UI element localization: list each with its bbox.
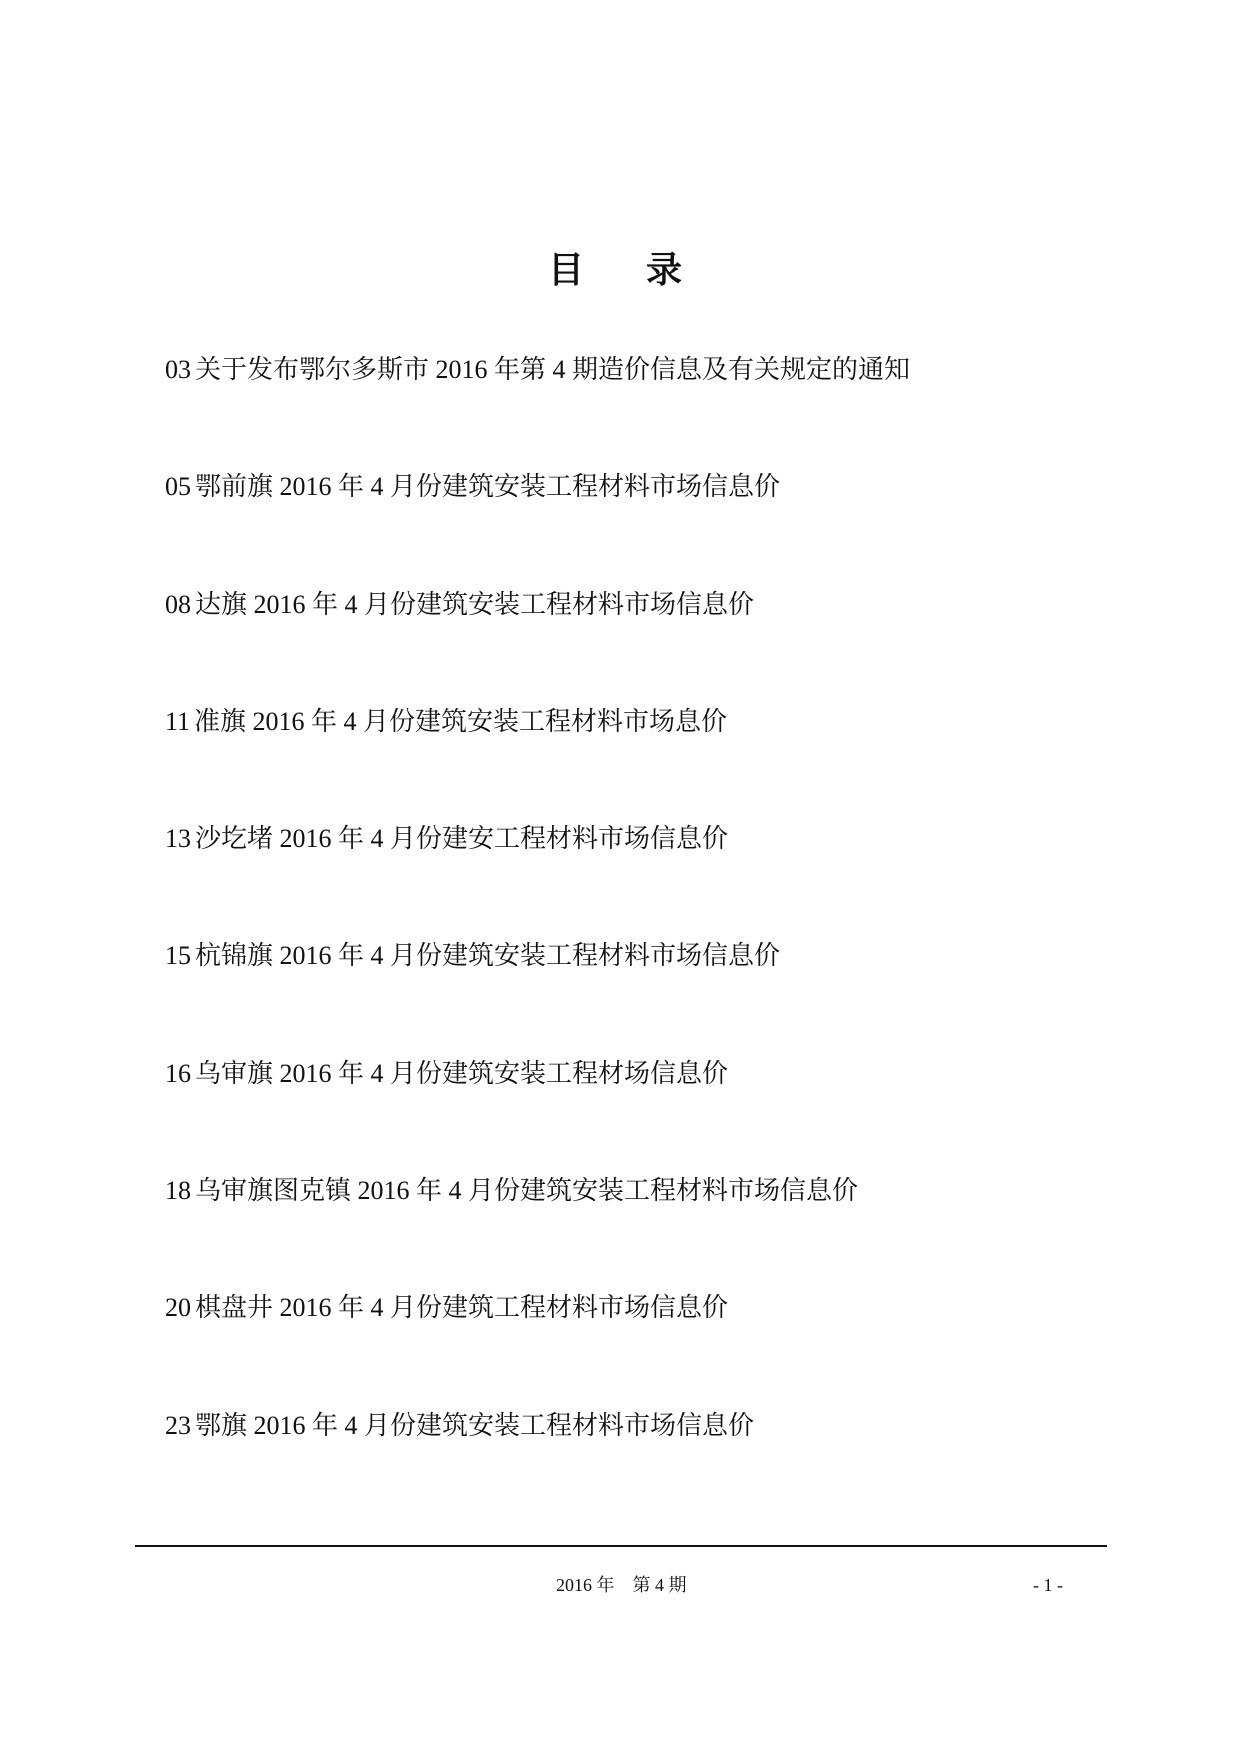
toc-page-number: 23 bbox=[165, 1411, 191, 1440]
toc-entry-text: 准旗 2016 年 4 月份建筑安装工程材料市场息价 bbox=[194, 707, 727, 736]
toc-entry[interactable]: 20棋盘井 2016 年 4 月份建筑工程材料市场信息价 bbox=[165, 1290, 910, 1407]
toc-entry-text: 杭锦旗 2016 年 4 月份建筑安装工程材料市场信息价 bbox=[195, 941, 780, 970]
footer-issue-label: 2016 年 第 4 期 bbox=[556, 1573, 687, 1597]
toc-page-number: 05 bbox=[165, 472, 191, 501]
toc-page-number: 08 bbox=[165, 590, 191, 619]
toc-entry-text: 关于发布鄂尔多斯市 2016 年第 4 期造价信息及有关规定的通知 bbox=[195, 355, 910, 384]
toc-entry[interactable]: 05鄂前旗 2016 年 4 月份建筑安装工程材料市场信息价 bbox=[165, 469, 910, 586]
toc-page-number: 03 bbox=[165, 355, 191, 384]
toc-page-number: 20 bbox=[165, 1293, 191, 1322]
footer-divider bbox=[135, 1545, 1107, 1547]
title-char-1: 目 bbox=[548, 250, 584, 290]
toc-entry[interactable]: 23鄂旗 2016 年 4 月份建筑安装工程材料市场信息价 bbox=[165, 1408, 910, 1525]
toc-entry-text: 沙圪堵 2016 年 4 月份建安工程材料市场信息价 bbox=[195, 824, 728, 853]
page-title: 目录 bbox=[0, 250, 1230, 290]
toc-page-number: 13 bbox=[165, 824, 191, 853]
toc-page-number: 11 bbox=[165, 707, 190, 736]
title-char-2: 录 bbox=[646, 250, 682, 290]
toc-entry-text: 乌审旗图克镇 2016 年 4 月份建筑安装工程材料市场信息价 bbox=[195, 1176, 858, 1205]
toc-entry-text: 棋盘井 2016 年 4 月份建筑工程材料市场信息价 bbox=[195, 1293, 728, 1322]
toc-entry[interactable]: 03关于发布鄂尔多斯市 2016 年第 4 期造价信息及有关规定的通知 bbox=[165, 352, 910, 469]
footer-page-number: - 1 - bbox=[1033, 1573, 1063, 1597]
toc-page-number: 16 bbox=[165, 1059, 191, 1088]
toc-entry-text: 乌审旗 2016 年 4 月份建筑安装工程材场信息价 bbox=[195, 1059, 728, 1088]
toc-page-number: 15 bbox=[165, 941, 191, 970]
toc-entry[interactable]: 13沙圪堵 2016 年 4 月份建安工程材料市场信息价 bbox=[165, 821, 910, 938]
table-of-contents: 03关于发布鄂尔多斯市 2016 年第 4 期造价信息及有关规定的通知 05鄂前… bbox=[165, 352, 910, 1525]
toc-entry-text: 达旗 2016 年 4 月份建筑安装工程材料市场信息价 bbox=[195, 590, 754, 619]
toc-entry[interactable]: 16乌审旗 2016 年 4 月份建筑安装工程材场信息价 bbox=[165, 1056, 910, 1173]
toc-entry[interactable]: 11准旗 2016 年 4 月份建筑安装工程材料市场息价 bbox=[165, 704, 910, 821]
toc-entry[interactable]: 18乌审旗图克镇 2016 年 4 月份建筑安装工程材料市场信息价 bbox=[165, 1173, 910, 1290]
toc-entry-text: 鄂旗 2016 年 4 月份建筑安装工程材料市场信息价 bbox=[195, 1411, 754, 1440]
document-page: 目录 03关于发布鄂尔多斯市 2016 年第 4 期造价信息及有关规定的通知 0… bbox=[0, 0, 1240, 1754]
toc-entry-text: 鄂前旗 2016 年 4 月份建筑安装工程材料市场信息价 bbox=[195, 472, 780, 501]
toc-entry[interactable]: 08达旗 2016 年 4 月份建筑安装工程材料市场信息价 bbox=[165, 587, 910, 704]
toc-page-number: 18 bbox=[165, 1176, 191, 1205]
toc-entry[interactable]: 15杭锦旗 2016 年 4 月份建筑安装工程材料市场信息价 bbox=[165, 938, 910, 1055]
